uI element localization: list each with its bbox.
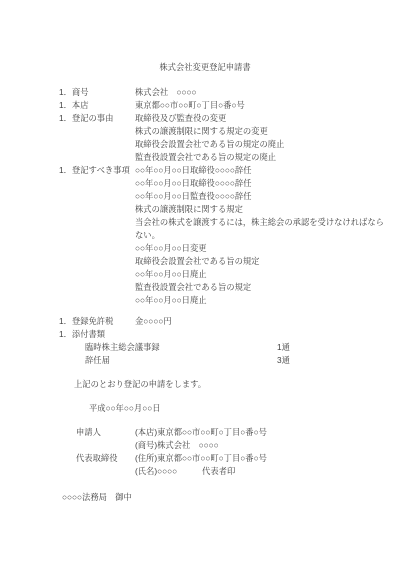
field-label <box>59 281 135 294</box>
attachments-header-row: 1．添付書類 <box>59 328 290 341</box>
applicant-signature-section: 申請人 (本店)東京都○○市○○町○丁目○番○号 (商号)株式会社 ○○○○ 代… <box>76 426 267 478</box>
field-continuation-row: 監査役設置会社である旨の規定の廃止 <box>59 151 384 164</box>
field-label <box>59 294 135 307</box>
sign-row-applicant: 申請人 (本店)東京都○○市○○町○丁目○番○号 <box>76 426 267 439</box>
field-continuation-row: ○○年○○月○○日取締役○○○○辞任 <box>59 177 384 190</box>
field-value: 当会社の株式を譲渡するには，株主総会の承認を受けなければなら <box>135 216 384 229</box>
field-label <box>59 190 135 203</box>
field-continuation-row: 株式の譲渡制限に関する規定 <box>59 203 384 216</box>
field-row-registration-reason: 1．登記の事由 取締役及び監査役の変更 <box>59 112 384 125</box>
legal-affairs-bureau-line: ○○○○法務局 御中 <box>62 491 132 504</box>
field-row-head-office: 1．本店 東京都○○市○○町○丁目○番○号 <box>59 99 384 112</box>
fee-and-attachments-section: 1．登録免許税 金○○○○円 1．添付書類 臨時株主総会議事録 1通 辞任届 3… <box>59 315 290 367</box>
field-value: 株式の譲渡制限に関する規定の変更 <box>135 125 268 138</box>
field-label <box>59 268 135 281</box>
field-value: ○○年○○月○○日廃止 <box>135 268 207 281</box>
field-value: 金○○○○円 <box>135 315 172 328</box>
field-label: 1．添付書類 <box>59 328 135 341</box>
field-value: 監査役設置会社である旨の規定の廃止 <box>135 151 276 164</box>
field-continuation-row: 監査役設置会社である旨の規定 <box>59 281 384 294</box>
field-value: ○○年○○月○○日廃止 <box>135 294 207 307</box>
sign-value: (商号)株式会社 ○○○○ <box>135 439 219 452</box>
field-value: ○○年○○月○○日取締役○○○○辞任 <box>135 177 252 190</box>
field-value: ○○年○○月○○日取締役○○○○辞任 <box>135 164 252 177</box>
sign-value: (住所)東京都○○市○○町○丁目○番○号 <box>135 452 267 465</box>
field-continuation-row: ○○年○○月○○日変更 <box>59 242 384 255</box>
application-statement: 上記のとおり登記の申請をします。 <box>74 378 206 391</box>
field-continuation-row: ○○年○○月○○日監査役○○○○辞任 <box>59 190 384 203</box>
attachment-count: 3通 <box>277 354 290 367</box>
field-value: ○○年○○月○○日変更 <box>135 242 207 255</box>
field-label <box>59 229 135 242</box>
indent-spacer <box>59 354 85 367</box>
field-label <box>59 151 135 164</box>
field-label <box>59 255 135 268</box>
field-value: 取締役会設置会社である旨の規定の廃止 <box>135 138 284 151</box>
registration-application-document: 株式会社変更登記申請書 1．商号 株式会社 ○○○○ 1．本店 東京都○○市○○… <box>0 0 410 580</box>
attachment-name: 辞任届 <box>85 354 277 367</box>
field-label: 1．商号 <box>59 86 135 99</box>
field-label <box>59 242 135 255</box>
sign-row-representative-director: 代表取締役 (住所)東京都○○市○○町○丁目○番○号 <box>76 452 267 465</box>
field-label: 1．登録免許税 <box>59 315 135 328</box>
sign-row-trade-name: (商号)株式会社 ○○○○ <box>76 439 267 452</box>
document-title: 株式会社変更登記申請書 <box>0 61 410 74</box>
sign-label: 申請人 <box>76 426 135 439</box>
field-value: ない。 <box>135 229 160 242</box>
attachment-count: 1通 <box>277 341 290 354</box>
field-row-registration-tax: 1．登録免許税 金○○○○円 <box>59 315 290 328</box>
sign-label: 代表取締役 <box>76 452 135 465</box>
field-label <box>59 203 135 216</box>
sign-label <box>76 465 135 478</box>
indent-spacer <box>59 341 85 354</box>
field-value: 株式の譲渡制限に関する規定 <box>135 203 243 216</box>
field-continuation-row: ○○年○○月○○日廃止 <box>59 268 384 281</box>
attachment-name: 臨時株主総会議事録 <box>85 341 277 354</box>
field-value: ○○年○○月○○日監査役○○○○辞任 <box>135 190 252 203</box>
field-continuation-row: ○○年○○月○○日廃止 <box>59 294 384 307</box>
field-continuation-row: 当会社の株式を譲渡するには，株主総会の承認を受けなければなら <box>59 216 384 229</box>
application-date: 平成○○年○○月○○日 <box>89 402 161 415</box>
field-value: 東京都○○市○○町○丁目○番○号 <box>135 99 245 112</box>
field-value: 監査役設置会社である旨の規定 <box>135 281 251 294</box>
field-label <box>59 177 135 190</box>
attachment-row: 辞任届 3通 <box>59 354 290 367</box>
field-value: 取締役会設置会社である旨の規定 <box>135 255 259 268</box>
field-label <box>59 216 135 229</box>
field-continuation-row: ない。 <box>59 229 384 242</box>
field-row-trade-name: 1．商号 株式会社 ○○○○ <box>59 86 384 99</box>
sign-value: (氏名)○○○○ 代表者印 <box>135 465 235 478</box>
field-label: 1．登記の事由 <box>59 112 135 125</box>
field-label <box>59 125 135 138</box>
field-value: 取締役及び監査役の変更 <box>135 112 226 125</box>
main-fields-section: 1．商号 株式会社 ○○○○ 1．本店 東京都○○市○○町○丁目○番○号 1．登… <box>59 86 384 307</box>
field-row-matters-to-register: 1．登記すべき事項 ○○年○○月○○日取締役○○○○辞任 <box>59 164 384 177</box>
sign-label <box>76 439 135 452</box>
field-continuation-row: 取締役会設置会社である旨の規定 <box>59 255 384 268</box>
field-value: 株式会社 ○○○○ <box>135 86 197 99</box>
sign-value: (本店)東京都○○市○○町○丁目○番○号 <box>135 426 267 439</box>
sign-row-representative-name-seal: (氏名)○○○○ 代表者印 <box>76 465 267 478</box>
field-label: 1．本店 <box>59 99 135 112</box>
field-continuation-row: 取締役会設置会社である旨の規定の廃止 <box>59 138 384 151</box>
field-label <box>59 138 135 151</box>
attachment-row: 臨時株主総会議事録 1通 <box>59 341 290 354</box>
field-continuation-row: 株式の譲渡制限に関する規定の変更 <box>59 125 384 138</box>
field-label: 1．登記すべき事項 <box>59 164 135 177</box>
